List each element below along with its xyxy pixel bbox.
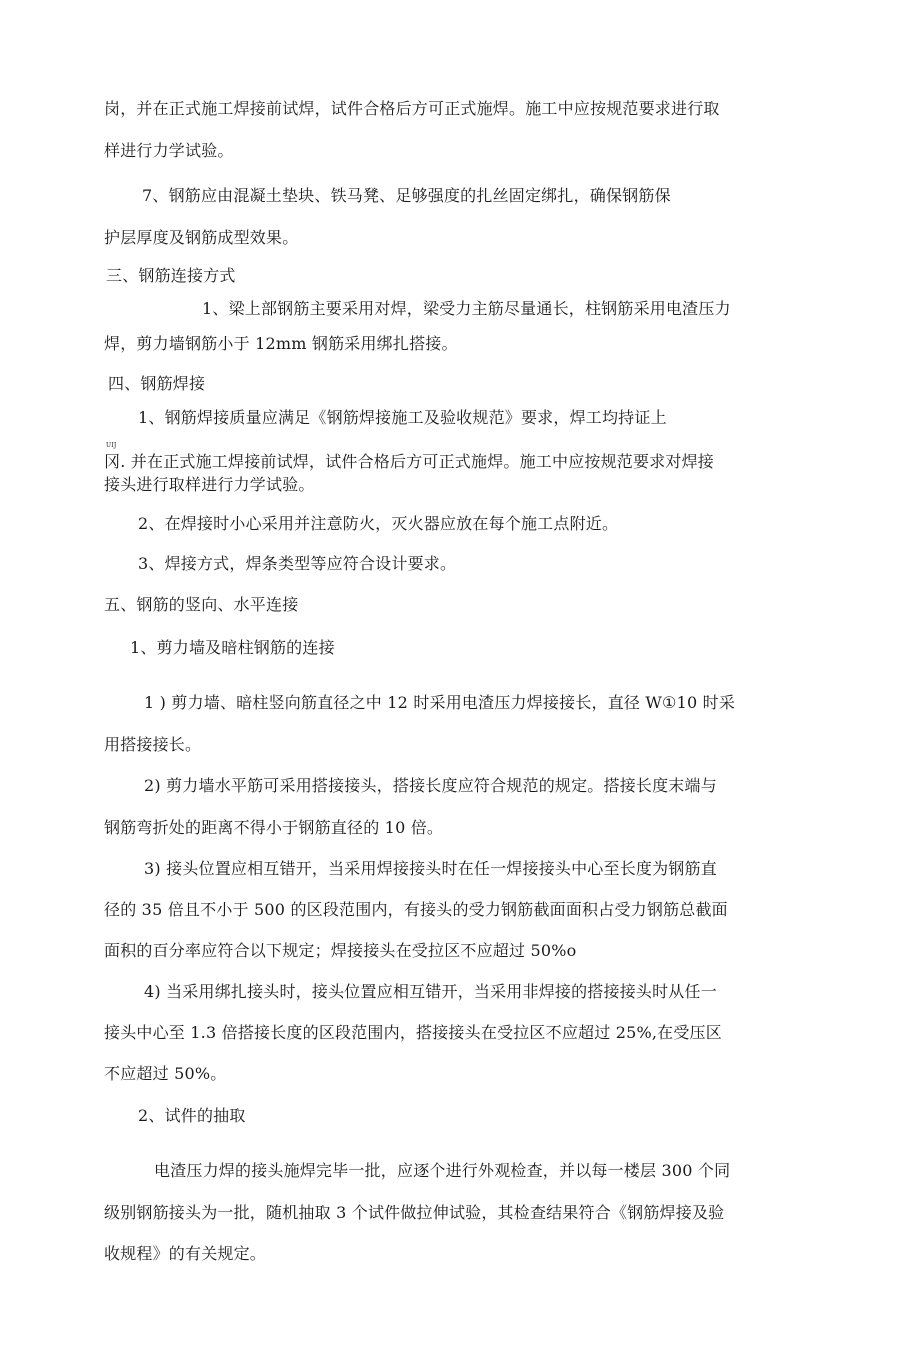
- paragraph-line: 不应超过 50%。: [104, 1063, 226, 1085]
- paragraph-line: 样进行力学试验。: [104, 140, 234, 162]
- ocr-artifact-glyph: UIJ 冈.: [104, 451, 126, 473]
- paragraph-line: 面积的百分率应符合以下规定；焊接接头在受拉区不应超过 50%o: [104, 940, 576, 962]
- section-heading: 五、钢筋的竖向、水平连接: [104, 594, 298, 616]
- paragraph-line: 2、在焊接时小心采用并注意防火，灭火器应放在每个施工点附近。: [138, 513, 618, 535]
- subsection-heading: 2、试件的抽取: [138, 1105, 246, 1127]
- section-heading: 三、钢筋连接方式: [106, 265, 236, 287]
- paragraph-line: 1 ) 剪力墙、暗柱竖向筋直径之中 12 时采用电渣压力焊接接长，直径 W①10…: [144, 692, 735, 714]
- paragraph-line: 用搭接接长。: [104, 734, 201, 756]
- paragraph-line: 1、梁上部钢筋主要采用对焊，梁受力主筋尽量通长，柱钢筋采用电渣压力: [202, 298, 731, 320]
- paragraph-line: 焊，剪力墙钢筋小于 12mm 钢筋采用绑扎搭接。: [104, 333, 458, 355]
- document-page: 岗，并在正式施工焊接前试焊，试件合格后方可正式施焊。施工中应按规范要求进行取 样…: [0, 0, 920, 1361]
- ocr-artifact-superscript: UIJ: [106, 443, 116, 449]
- paragraph-line: 护层厚度及钢筋成型效果。: [104, 227, 298, 249]
- paragraph-line: 4) 当采用绑扎接头时，接头位置应相互错开，当采用非焊接的搭接接头时从任一: [144, 981, 717, 1003]
- paragraph-line-text: 并在正式施工焊接前试焊，试件合格后方可正式施焊。施工中应按规范要求对焊接: [131, 452, 714, 471]
- paragraph-line: 接头进行取样进行力学试验。: [104, 474, 315, 496]
- paragraph-line: 收规程》的有关规定。: [104, 1243, 266, 1265]
- paragraph-line: 电渣压力焊的接头施焊完毕一批，应逐个进行外观检查，并以每一楼层 300 个同: [154, 1160, 730, 1182]
- paragraph-line: 3、焊接方式，焊条类型等应符合设计要求。: [138, 553, 456, 575]
- section-heading: 四、钢筋焊接: [108, 373, 205, 395]
- paragraph-line: 7、钢筋应由混凝土垫块、铁马凳、足够强度的扎丝固定绑扎，确保钢筋保: [142, 185, 671, 207]
- paragraph-line: 1、钢筋焊接质量应满足《钢筋焊接施工及验收规范》要求，焊工均持证上: [138, 407, 667, 429]
- paragraph-line: 接头中心至 1.3 倍搭接长度的区段范围内，搭接接头在受拉区不应超过 25%,在…: [104, 1022, 722, 1044]
- ocr-artifact-text: 冈.: [104, 452, 126, 471]
- paragraph-line: 钢筋弯折处的距离不得小于钢筋直径的 10 倍。: [104, 817, 443, 839]
- paragraph-line: 岗，并在正式施工焊接前试焊，试件合格后方可正式施焊。施工中应按规范要求进行取: [104, 98, 720, 120]
- paragraph-line: 2) 剪力墙水平筋可采用搭接接头，搭接长度应符合规范的规定。搭接长度末端与: [144, 775, 717, 797]
- subsection-heading: 1、剪力墙及暗柱钢筋的连接: [130, 637, 335, 659]
- paragraph-line: 3) 接头位置应相互错开，当采用焊接接头时在任一焊接接头中心至长度为钢筋直: [144, 858, 717, 880]
- paragraph-line: 级别钢筋接头为一批，随机抽取 3 个试件做拉伸试验，其检查结果符合《钢筋焊接及验: [104, 1202, 724, 1224]
- paragraph-line: UIJ 冈. 并在正式施工焊接前试焊，试件合格后方可正式施焊。施工中应按规范要求…: [104, 451, 714, 473]
- paragraph-line: 径的 35 倍且不小于 500 的区段范围内，有接头的受力钢筋截面面积占受力钢筋…: [104, 899, 728, 921]
